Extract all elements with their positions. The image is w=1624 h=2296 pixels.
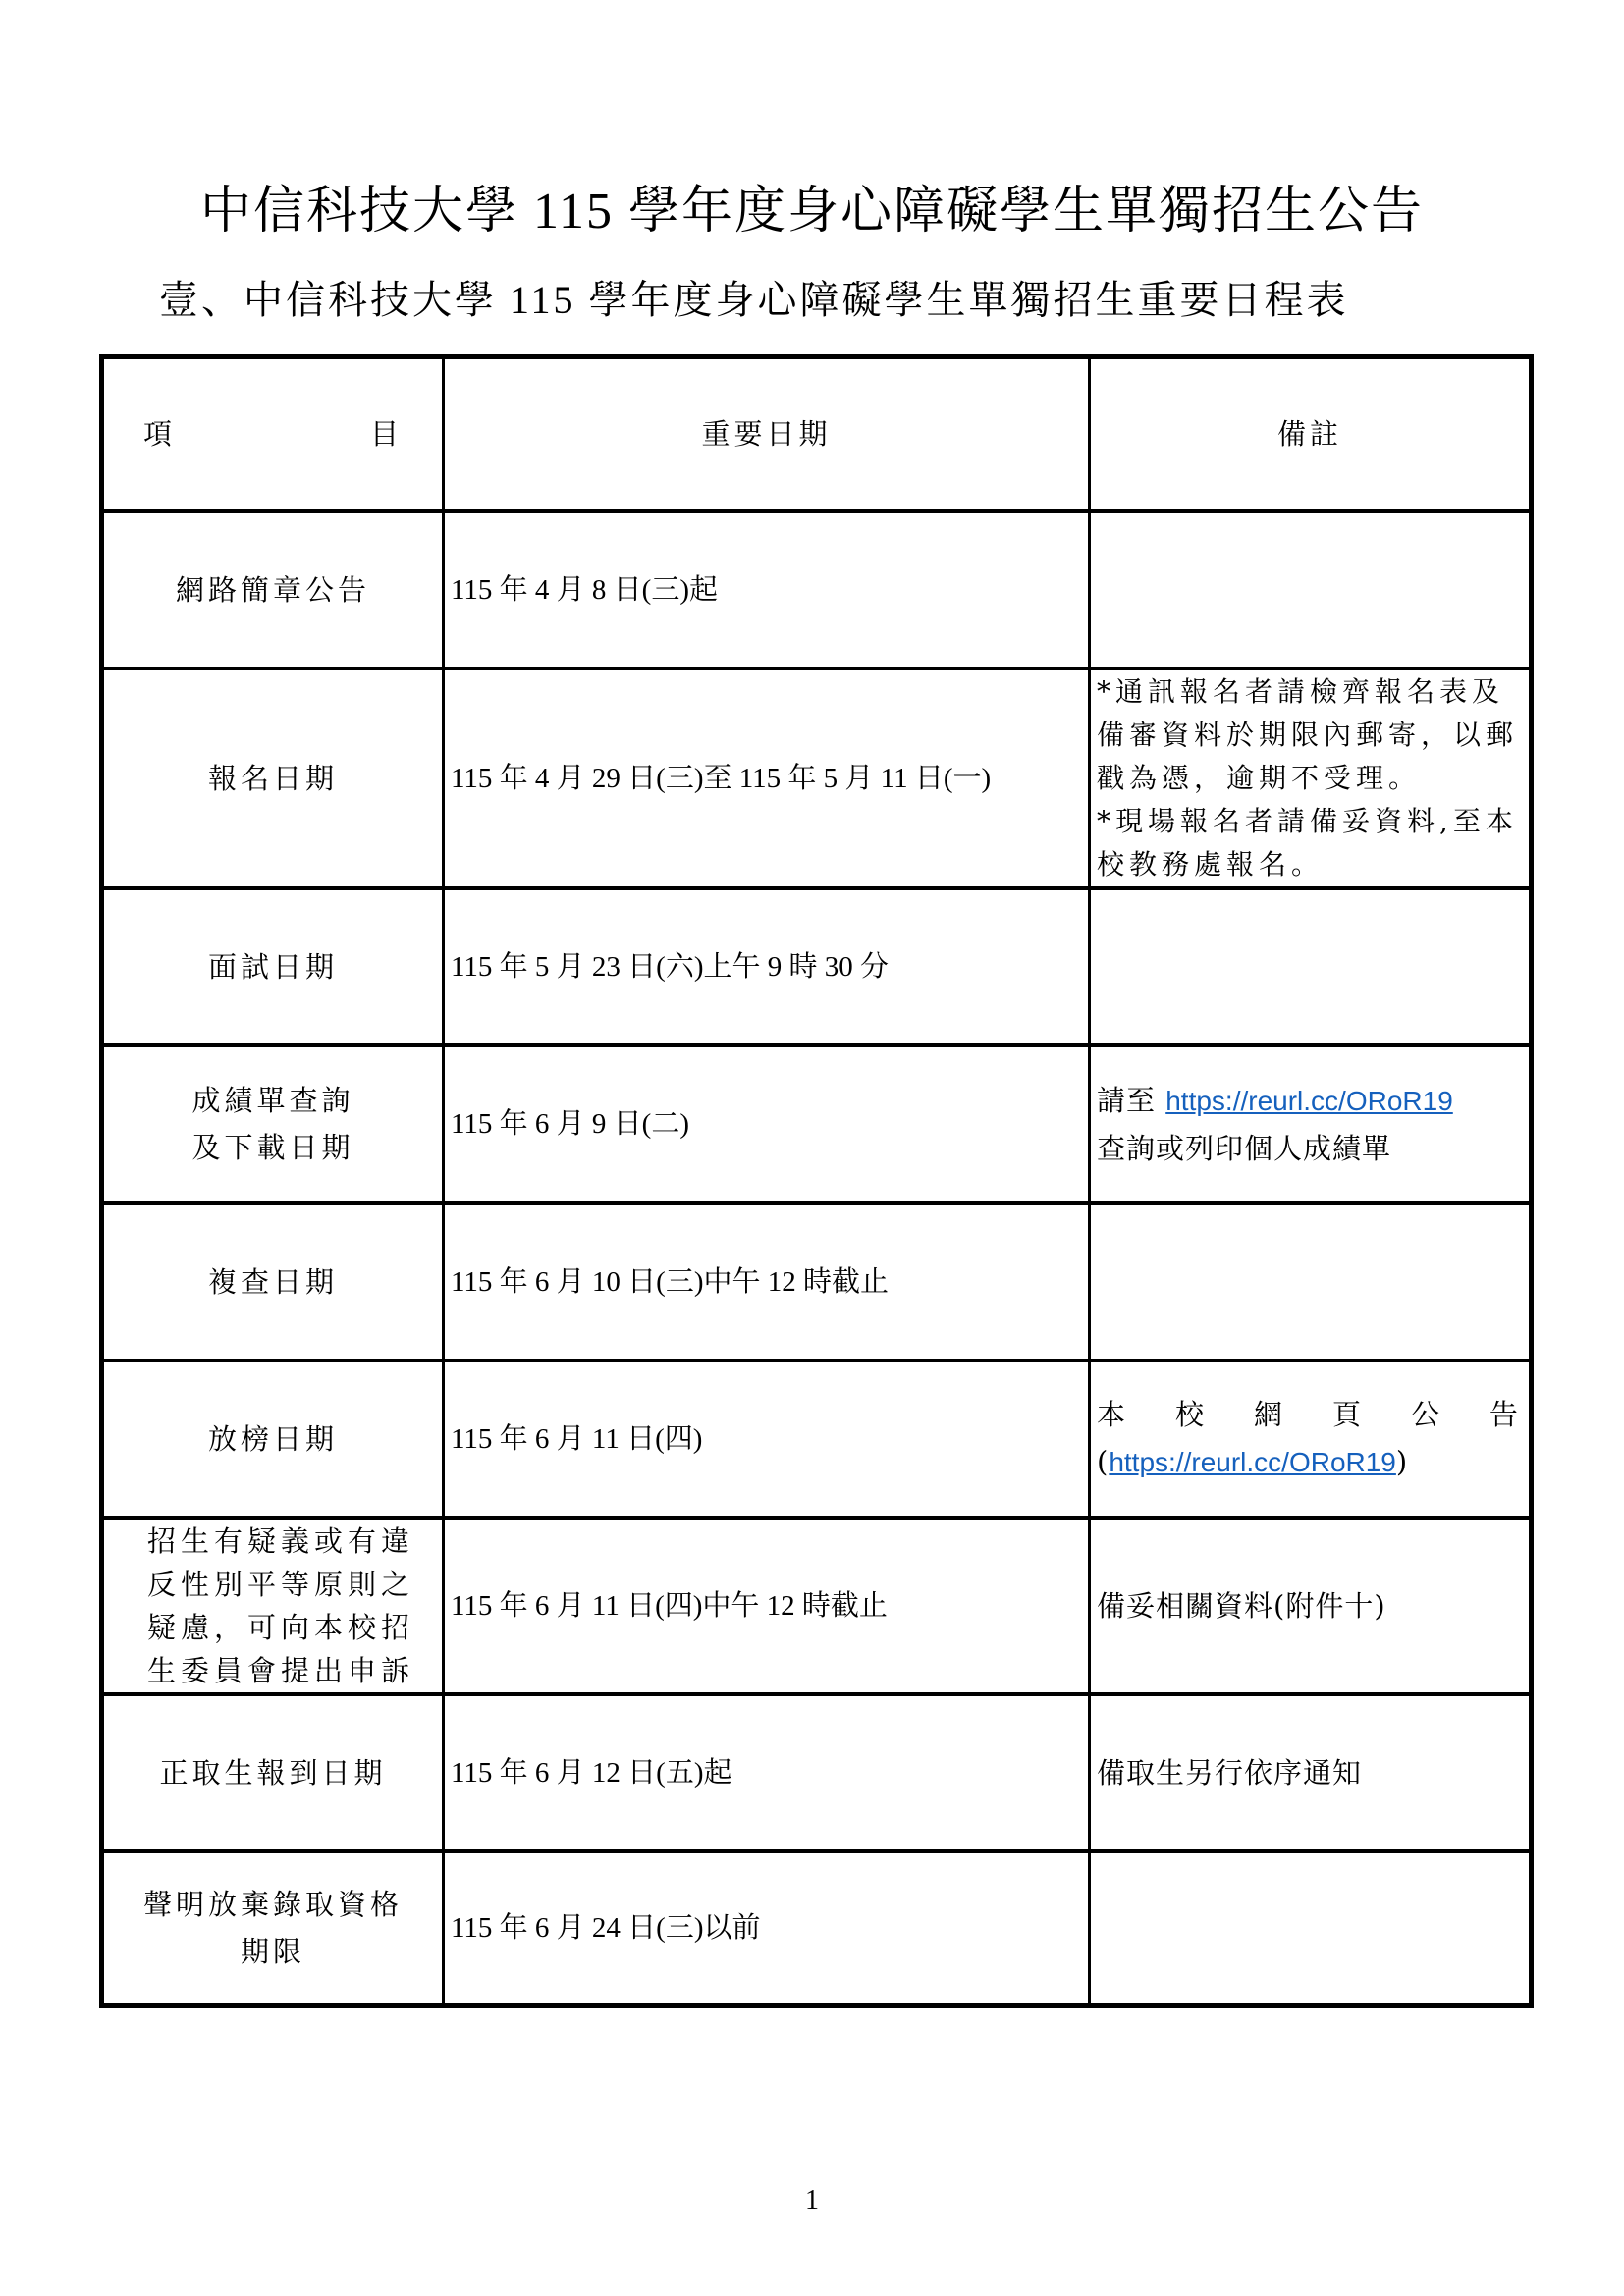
date-cell: 115 年 6 月 12 日(五)起 bbox=[444, 1694, 1090, 1851]
header-item-left: 項 bbox=[143, 410, 176, 457]
header-note: 備註 bbox=[1090, 357, 1532, 511]
section-title: 壹、中信科技大學 115 學年度身心障礙學生單獨招生重要日程表 bbox=[159, 277, 1349, 324]
item-cell: 正取生報到日期 bbox=[102, 1694, 444, 1851]
item-line: 成績單查詢 bbox=[118, 1077, 428, 1124]
page-number: 1 bbox=[0, 2185, 1624, 2216]
date-cell: 115 年 4 月 29 日(三)至 115 年 5 月 11 日(一) bbox=[444, 668, 1090, 888]
header-item-right: 目 bbox=[370, 410, 403, 457]
header-item: 項 目 bbox=[102, 357, 444, 511]
date-cell: 115 年 6 月 9 日(二) bbox=[444, 1045, 1090, 1203]
announcement-link[interactable]: https://reurl.cc/ORoR19 bbox=[1109, 1447, 1396, 1477]
table-row: 複查日期 115 年 6 月 10 日(三)中午 12 時截止 bbox=[102, 1203, 1532, 1361]
table-row: 招生有疑義或有違 反性別平等原則之 疑慮，可向本校招 生委員會提出申訴 115 … bbox=[102, 1518, 1532, 1694]
item-cell: 複查日期 bbox=[102, 1203, 444, 1361]
date-cell: 115 年 6 月 10 日(三)中午 12 時截止 bbox=[444, 1203, 1090, 1361]
note-cell bbox=[1090, 1851, 1532, 2006]
note-suffix: 查詢或列印個人成績單 bbox=[1097, 1125, 1525, 1172]
note-cell bbox=[1090, 888, 1532, 1045]
item-line: 生委員會提出申訴 bbox=[147, 1649, 442, 1692]
date-cell: 115 年 6 月 11 日(四) bbox=[444, 1361, 1090, 1518]
item-line: 聲明放棄錄取資格 bbox=[118, 1881, 428, 1928]
table-row: 正取生報到日期 115 年 6 月 12 日(五)起 備取生另行依序通知 bbox=[102, 1694, 1532, 1851]
table-row: 網路簡章公告 115 年 4 月 8 日(三)起 bbox=[102, 511, 1532, 668]
note-char: 公 bbox=[1411, 1391, 1440, 1438]
note-char: 校 bbox=[1175, 1391, 1205, 1438]
note-prefix: 請至 bbox=[1097, 1084, 1165, 1117]
item-cell: 報名日期 bbox=[102, 668, 444, 888]
note-cell: 請至 https://reurl.cc/ORoR19 查詢或列印個人成績單 bbox=[1090, 1045, 1532, 1203]
note-char: 頁 bbox=[1332, 1391, 1362, 1438]
header-date: 重要日期 bbox=[444, 357, 1090, 511]
table-row: 聲明放棄錄取資格 期限 115 年 6 月 24 日(三)以前 bbox=[102, 1851, 1532, 2006]
note-char: 告 bbox=[1489, 1391, 1519, 1438]
schedule-table: 項 目 重要日期 備註 網路簡章公告 115 年 4 月 8 日(三)起 報名日… bbox=[99, 354, 1534, 2008]
table-row: 報名日期 115 年 4 月 29 日(三)至 115 年 5 月 11 日(一… bbox=[102, 668, 1532, 888]
date-cell: 115 年 4 月 8 日(三)起 bbox=[444, 511, 1090, 668]
page-title: 中信科技大學 115 學年度身心障礙學生單獨招生公告 bbox=[0, 183, 1624, 241]
note-close-paren: ) bbox=[1396, 1445, 1408, 1478]
note-line: *通訊報名者請檢齊報名表及 bbox=[1097, 670, 1525, 714]
note-open-paren: ( bbox=[1097, 1445, 1109, 1478]
table-row: 放榜日期 115 年 6 月 11 日(四) 本 校 網 頁 公 告 (http… bbox=[102, 1361, 1532, 1518]
item-cell: 招生有疑義或有違 反性別平等原則之 疑慮，可向本校招 生委員會提出申訴 bbox=[102, 1518, 444, 1694]
note-cell: 本 校 網 頁 公 告 (https://reurl.cc/ORoR19) bbox=[1090, 1361, 1532, 1518]
note-line: 備審資料於期限內郵寄，以郵 bbox=[1097, 714, 1525, 757]
item-line: 招生有疑義或有違 bbox=[147, 1520, 442, 1563]
item-cell: 放榜日期 bbox=[102, 1361, 444, 1518]
item-line: 疑慮，可向本校招 bbox=[147, 1606, 442, 1649]
date-cell: 115 年 5 月 23 日(六)上午 9 時 30 分 bbox=[444, 888, 1090, 1045]
score-query-link[interactable]: https://reurl.cc/ORoR19 bbox=[1165, 1086, 1453, 1116]
note-spread-line: 本 校 網 頁 公 告 bbox=[1097, 1391, 1525, 1438]
date-cell: 115 年 6 月 24 日(三)以前 bbox=[444, 1851, 1090, 2006]
item-cell: 面試日期 bbox=[102, 888, 444, 1045]
note-cell: *通訊報名者請檢齊報名表及 備審資料於期限內郵寄，以郵 戳為憑，逾期不受理。 *… bbox=[1090, 668, 1532, 888]
item-cell: 網路簡章公告 bbox=[102, 511, 444, 668]
item-cell: 聲明放棄錄取資格 期限 bbox=[102, 1851, 444, 2006]
note-line: *現場報名者請備妥資料,至本 bbox=[1097, 800, 1525, 843]
note-char: 本 bbox=[1097, 1391, 1126, 1438]
table-row: 成績單查詢 及下載日期 115 年 6 月 9 日(二) 請至 https://… bbox=[102, 1045, 1532, 1203]
note-cell: 備取生另行依序通知 bbox=[1090, 1694, 1532, 1851]
note-cell: 備妥相關資料(附件十) bbox=[1090, 1518, 1532, 1694]
item-line: 期限 bbox=[118, 1928, 428, 1975]
note-cell bbox=[1090, 1203, 1532, 1361]
note-cell bbox=[1090, 511, 1532, 668]
table-header-row: 項 目 重要日期 備註 bbox=[102, 357, 1532, 511]
note-line: 校教務處報名。 bbox=[1097, 843, 1525, 886]
note-char: 網 bbox=[1254, 1391, 1283, 1438]
note-line: 戳為憑，逾期不受理。 bbox=[1097, 757, 1525, 800]
item-cell: 成績單查詢 及下載日期 bbox=[102, 1045, 444, 1203]
date-cell: 115 年 6 月 11 日(四)中午 12 時截止 bbox=[444, 1518, 1090, 1694]
item-line: 反性別平等原則之 bbox=[147, 1563, 442, 1606]
item-line: 及下載日期 bbox=[118, 1124, 428, 1171]
table-row: 面試日期 115 年 5 月 23 日(六)上午 9 時 30 分 bbox=[102, 888, 1532, 1045]
